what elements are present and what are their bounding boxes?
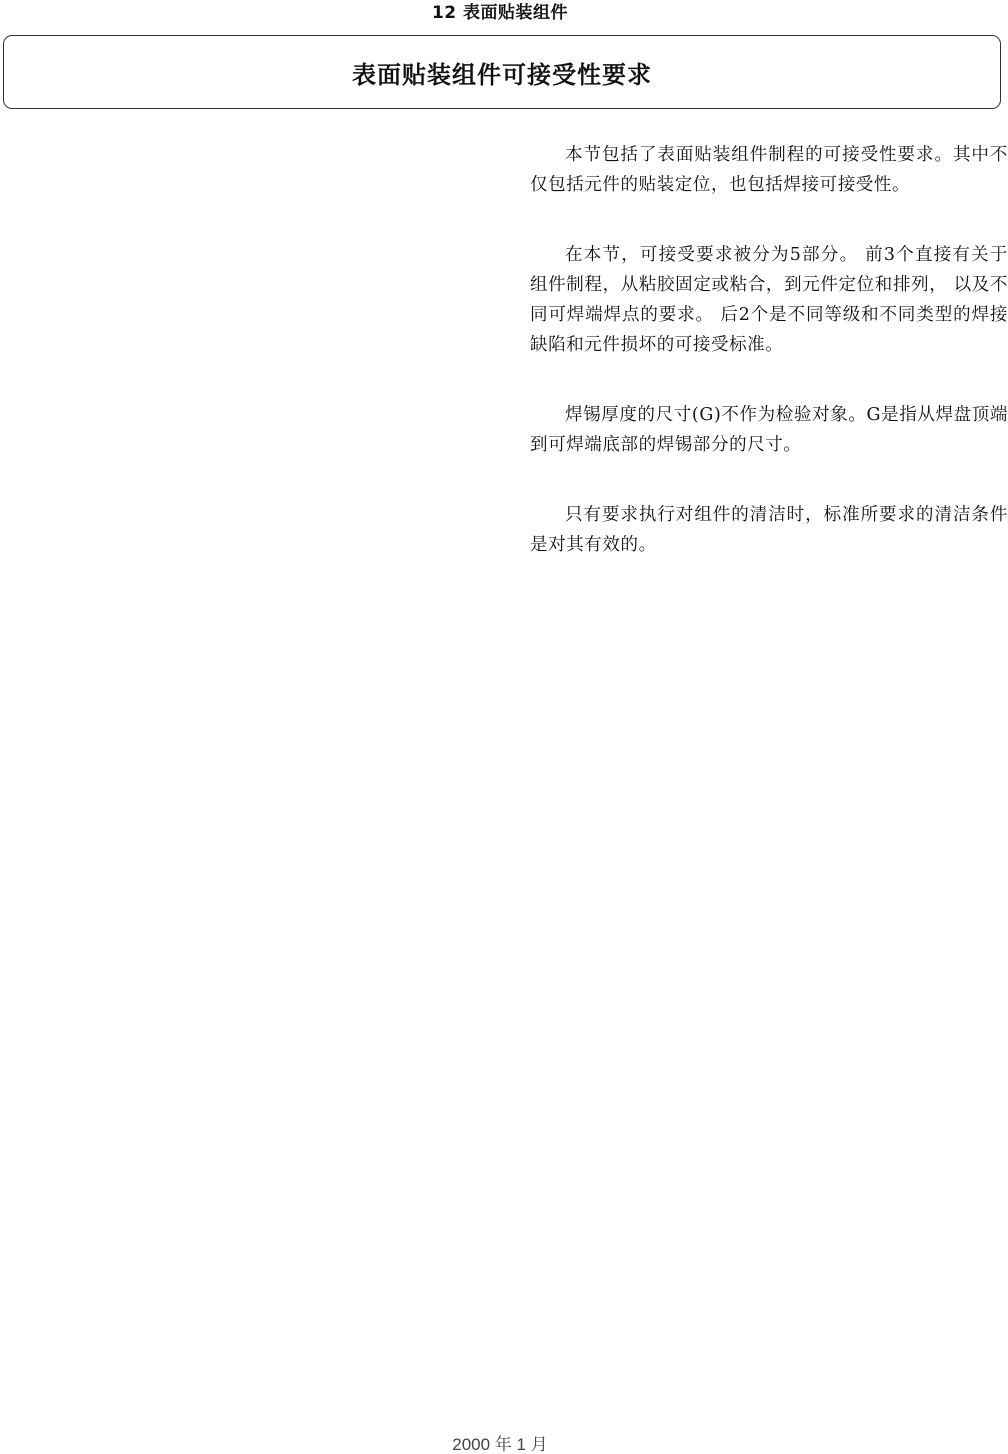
footer-date: 2000 年 1 月 xyxy=(0,1430,1000,1454)
page-title: 表面贴装组件可接受性要求 xyxy=(352,55,652,90)
body-text: 本节包括了表面贴装组件制程的可接受性要求。其中不仅包括元件的贴装定位，也包括焊接… xyxy=(530,140,1008,600)
paragraph-sections: 在本节，可接受要求被分为5部分。 前3个直接有关于组件制程，从粘胶固定或粘合，到… xyxy=(530,240,1008,360)
paragraph-solder-thickness: 焊锡厚度的尺寸(G)不作为检验对象。G是指从焊盘顶端到可焊端底部的焊锡部分的尺寸… xyxy=(530,400,1008,460)
title-box: 表面贴装组件可接受性要求 xyxy=(3,35,1001,109)
paragraph-cleaning: 只有要求执行对组件的清洁时，标准所要求的清洁条件是对其有效的。 xyxy=(530,500,1008,560)
paragraph-scope: 本节包括了表面贴装组件制程的可接受性要求。其中不仅包括元件的贴装定位，也包括焊接… xyxy=(530,140,1008,200)
section-header: 12 表面贴装组件 xyxy=(0,2,1000,24)
